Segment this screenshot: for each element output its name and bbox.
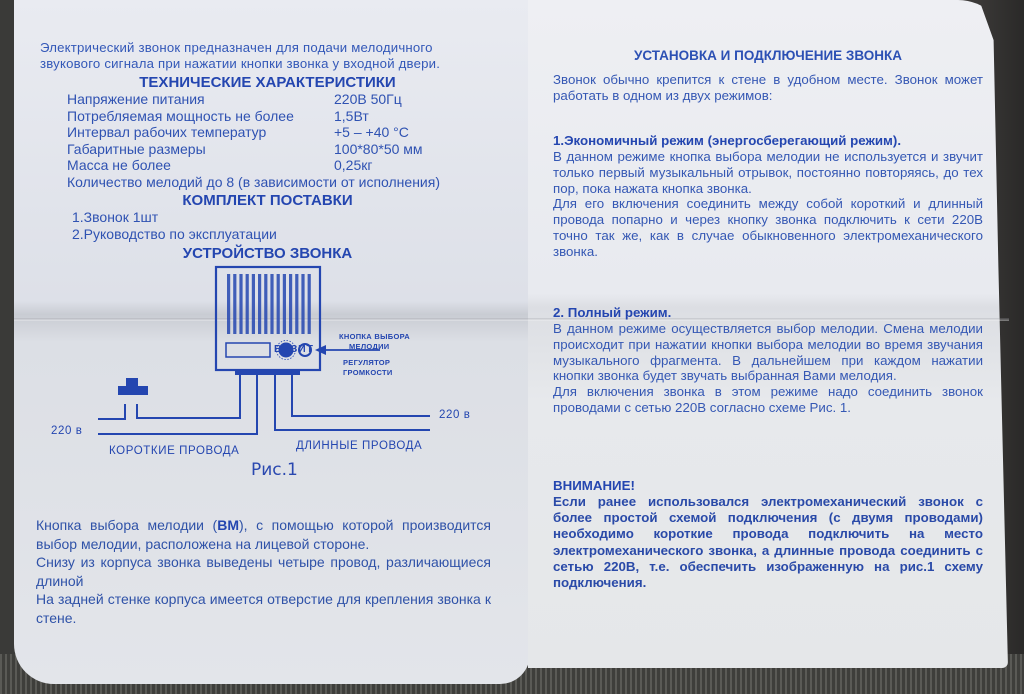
spec-row: Габаритные размеры 100*80*50 мм [40,141,495,158]
mode2-heading: 2. Полный режим. [553,305,983,321]
spec-label: Интервал рабочих температур [67,124,334,141]
mode2-paragraph: В данном режиме осуществляется выбор мел… [553,321,983,384]
mode2-section: 2. Полный режим. В данном режиме осущест… [553,305,983,416]
spec-melodies: Количество мелодий до 8 (в зависимости о… [40,174,495,191]
spec-value: 1,5Вт [334,108,369,125]
device-heading: УСТРОЙСТВО ЗВОНКА [40,245,495,262]
bell-push-button-icon [126,378,138,386]
spec-row: Напряжение питания 220В 50Гц [40,91,495,108]
warning-heading: ВНИМАНИЕ! [553,478,983,494]
kit-item: 1.Звонок 1шт [40,209,495,226]
mode1-paragraph: В данном режиме кнопка выбора мелодии не… [553,149,983,196]
installation-heading: УСТАНОВКА И ПОДКЛЮЧЕНИЕ ЗВОНКА [553,48,983,64]
volume-label-line1: РЕГУЛЯТОР [343,358,393,368]
specs-heading: ТЕХНИЧЕСКИЕ ХАРАКТЕРИСТИКИ [40,74,495,91]
spec-label: Габаритные размеры [67,141,334,158]
spec-row: Потребляемая мощность не более 1,5Вт [40,108,495,125]
short-wires-label: КОРОТКИЕ ПРОВОДА [109,445,239,457]
voltage-right-label: 220 в [439,409,471,421]
kit-item: 2.Руководство по эксплуатации [40,226,495,243]
mode1-paragraph: Для его включения соединить между собой … [553,196,983,259]
melody-button-abbr: ВМ [217,517,239,533]
warning-text: Если ранее использовался электромеханиче… [553,494,983,591]
kit-heading: КОМПЛЕКТ ПОСТАВКИ [40,192,495,209]
mode1-section: 1.Экономичный режим (энергосберегающий р… [553,133,983,260]
melody-button-label-line1: КНОПКА ВЫБОРА [339,332,410,342]
figure-caption: Рис.1 [251,460,298,480]
spec-row: Интервал рабочих температур +5 – +40 °С [40,124,495,141]
voltage-left-label: 220 в [51,425,83,437]
specs-list: Напряжение питания 220В 50Гц Потребляема… [40,91,495,190]
right-column: УСТАНОВКА И ПОДКЛЮЧЕНИЕ ЗВОНКА Звонок об… [553,48,983,104]
melody-button-label: КНОПКА ВЫБОРА МЕЛОДИИ [339,332,410,352]
volume-label-line2: ГРОМКОСТИ [343,368,393,378]
wiring-diagram: ВИЗИТ КНОПКА ВЫБОРА МЕЛОДИИ РЕГУЛЯТОР ГР… [40,262,495,487]
description-paragraph: Снизу из корпуса звонка выведены четыре … [36,553,491,590]
installation-intro: Звонок обычно крепится к стене в удобном… [553,72,983,104]
spec-label: Напряжение питания [67,91,334,108]
mode2-paragraph: Для включения звонка в этом режиме надо … [553,384,983,416]
spec-label: Потребляемая мощность не более [67,108,334,125]
long-wires-label: ДЛИННЫЕ ПРОВОДА [296,440,422,452]
mode1-heading: 1.Экономичный режим (энергосберегающий р… [553,133,983,149]
spec-value: 100*80*50 мм [334,141,423,158]
spec-value: +5 – +40 °С [334,124,409,141]
volume-label: РЕГУЛЯТОР ГРОМКОСТИ [343,358,393,378]
speaker-grille-icon [227,274,311,334]
spec-value: 0,25кг [334,157,372,174]
spec-row: Масса не более 0,25кг [40,157,495,174]
brand-label: ВИЗИТ [274,343,314,355]
description-paragraph: Кнопка выбора мелодии (ВМ), с помощью ко… [36,516,491,553]
spec-value: 220В 50Гц [334,91,402,108]
left-column: Электрический звонок предназначен для по… [40,40,495,487]
device-description: Кнопка выбора мелодии (ВМ), с помощью ко… [36,516,491,627]
spec-label: Масса не более [67,157,334,174]
wires [98,375,430,434]
melody-button-label-line2: МЕЛОДИИ [339,342,410,352]
warning-section: ВНИМАНИЕ! Если ранее использовался элект… [553,478,983,591]
intro-paragraph: Электрический звонок предназначен для по… [40,40,495,72]
description-paragraph: На задней стенке корпуса имеется отверст… [36,590,491,627]
